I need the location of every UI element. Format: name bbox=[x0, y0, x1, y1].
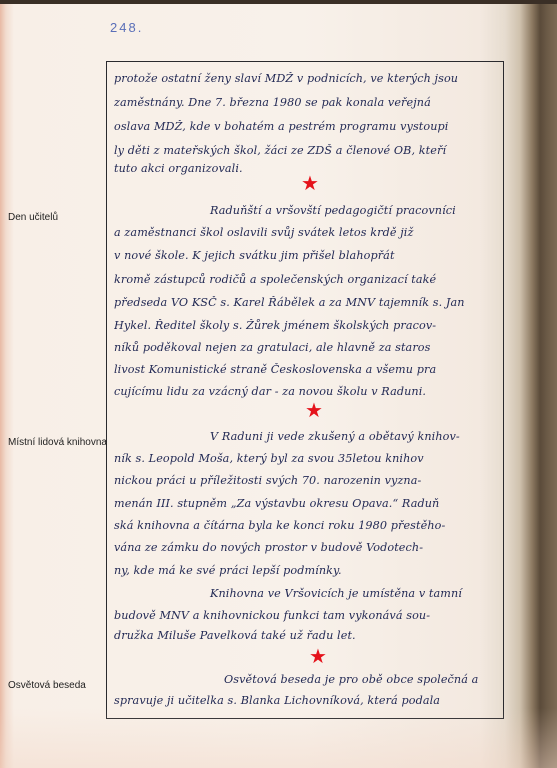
text-line: Knihovna ve Vršovicích je umístěna v tam… bbox=[114, 587, 498, 600]
text-line: a zaměstnanci škol oslavili svůj svátek … bbox=[114, 226, 498, 239]
text-line: zaměstnány. Dne 7. března 1980 se pak ko… bbox=[114, 96, 498, 109]
text-line: Raduňští a vršovští pedagogičtí pracovní… bbox=[114, 204, 498, 217]
text-line: ly děti z mateřských škol, žáci ze ZDŠ a… bbox=[114, 144, 498, 157]
text-line: v nové škole. K jejich svátku jim přišel… bbox=[114, 249, 498, 262]
text-line: spravuje ji učitelka s. Blanka Lichovník… bbox=[114, 694, 498, 707]
page-number: 248. bbox=[110, 20, 143, 35]
text-line: menán III. stupněm „Za výstavbu okresu O… bbox=[114, 497, 498, 510]
text-line: níků poděkoval nejen za gratulaci, ale h… bbox=[114, 341, 498, 354]
text-line: ská knihovna a čítárna byla ke konci rok… bbox=[114, 519, 498, 532]
red-star-icon: ★ bbox=[309, 647, 327, 665]
text-line: cujícímu lidu za vzácný dar - za novou š… bbox=[114, 385, 498, 398]
text-line: Osvětová beseda je pro obě obce společná… bbox=[114, 673, 498, 686]
margin-note-osvetova-beseda: Osvětová beseda bbox=[8, 680, 86, 691]
text-line: ník s. Leopold Moša, který byl za svou 3… bbox=[114, 452, 498, 465]
margin-note-mistni-knihovna: Místní lidová knihovna bbox=[8, 437, 107, 448]
margin-note-den-ucitelu: Den učitelů bbox=[8, 212, 58, 223]
text-line: protože ostatní ženy slaví MDŽ v podnicí… bbox=[114, 72, 498, 85]
text-line: budově MNV a knihovnickou funkci tam vyk… bbox=[114, 609, 498, 622]
text-line: V Raduni ji vede zkušený a obětavý kniho… bbox=[114, 430, 498, 443]
text-line: předseda VO KSČ s. Karel Řábělek a za MN… bbox=[114, 296, 498, 309]
document-page: 248. Den učitelů Místní lidová knihovna … bbox=[0, 0, 557, 768]
red-star-icon: ★ bbox=[305, 401, 323, 419]
text-line: družka Miluše Pavelková také už řadu let… bbox=[114, 629, 498, 642]
text-line: nickou práci u příležitosti svých 70. na… bbox=[114, 474, 498, 487]
red-star-icon: ★ bbox=[301, 174, 319, 192]
text-line: ny, kde má ke své práci lepší podmínky. bbox=[114, 564, 498, 577]
text-line: livost Komunistické straně Československ… bbox=[114, 363, 498, 376]
text-line: vána ze zámku do nových prostor v budově… bbox=[114, 541, 498, 554]
text-line: oslava MDŽ, kde v bohatém a pestrém prog… bbox=[114, 120, 498, 133]
text-line: Hykel. Ředitel školy s. Žůrek jménem ško… bbox=[114, 319, 498, 332]
text-line: kromě zástupců rodičů a společenských or… bbox=[114, 273, 498, 286]
